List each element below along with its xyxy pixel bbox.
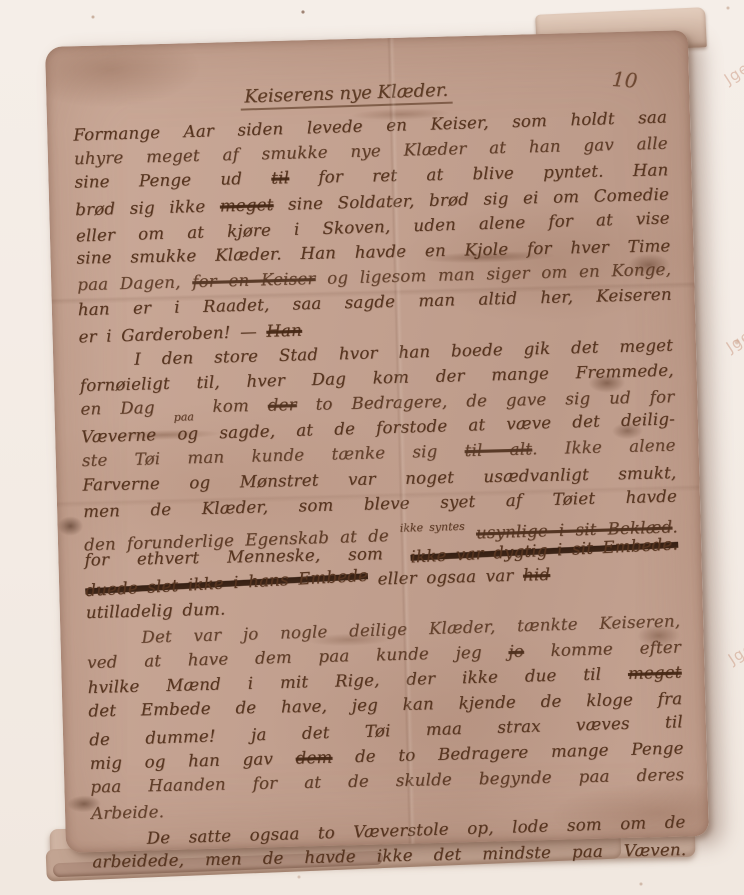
scanned-manuscript: Jges Jges Jges 10 Keiserens nye Klæder. … [0,0,744,895]
background-watermark: Jges [725,634,744,668]
handwritten-text: paa Dagen, [77,272,192,294]
handwritten-text: utilladelig dum. [86,599,226,622]
background-watermark: Jges [721,54,744,88]
struck-text: meget [628,663,682,683]
manuscript-page: 10 Keiserens nye Klæder. Formange Aar si… [45,30,709,853]
struck-text: til [271,169,289,188]
page-content: 10 Keiserens nye Klæder. Formange Aar si… [45,30,709,853]
handwritten-text: for ret at blive pyntet. Han [289,161,669,188]
handwritten-text: en Dag [80,398,173,419]
handwritten-text: sine Penge ud [74,169,271,192]
handwritten-text: er i Garderoben! — [78,321,266,346]
struck-text: hid [523,565,551,585]
manuscript-body: Formange Aar siden levede en Keiser, som… [73,106,687,877]
handwritten-text: mig og han gav [90,748,296,772]
handwritten-text: kom [193,396,267,417]
inserted-text: ikke syntes [400,520,465,535]
manuscript-title: Keiserens nye Klæder. [240,80,453,111]
handwritten-text: eller ogsaa var [368,566,523,589]
struck-text: dem [295,747,332,767]
handwritten-text: . Ikke alene [532,436,676,459]
page-number: 10 [611,67,638,93]
handwritten-text: Arbeide. [91,802,164,823]
handwritten-text: brød sig ikke [75,196,220,219]
struck-text: Han [266,320,302,340]
struck-text: til alt [464,440,532,461]
struck-text: jo [508,642,524,661]
handwritten-text: komme efter [524,637,681,660]
struck-text: meget [220,195,274,215]
struck-text: der [268,395,297,415]
background-watermark: Jges [723,322,744,356]
struck-text: for en Keiser [192,269,316,291]
